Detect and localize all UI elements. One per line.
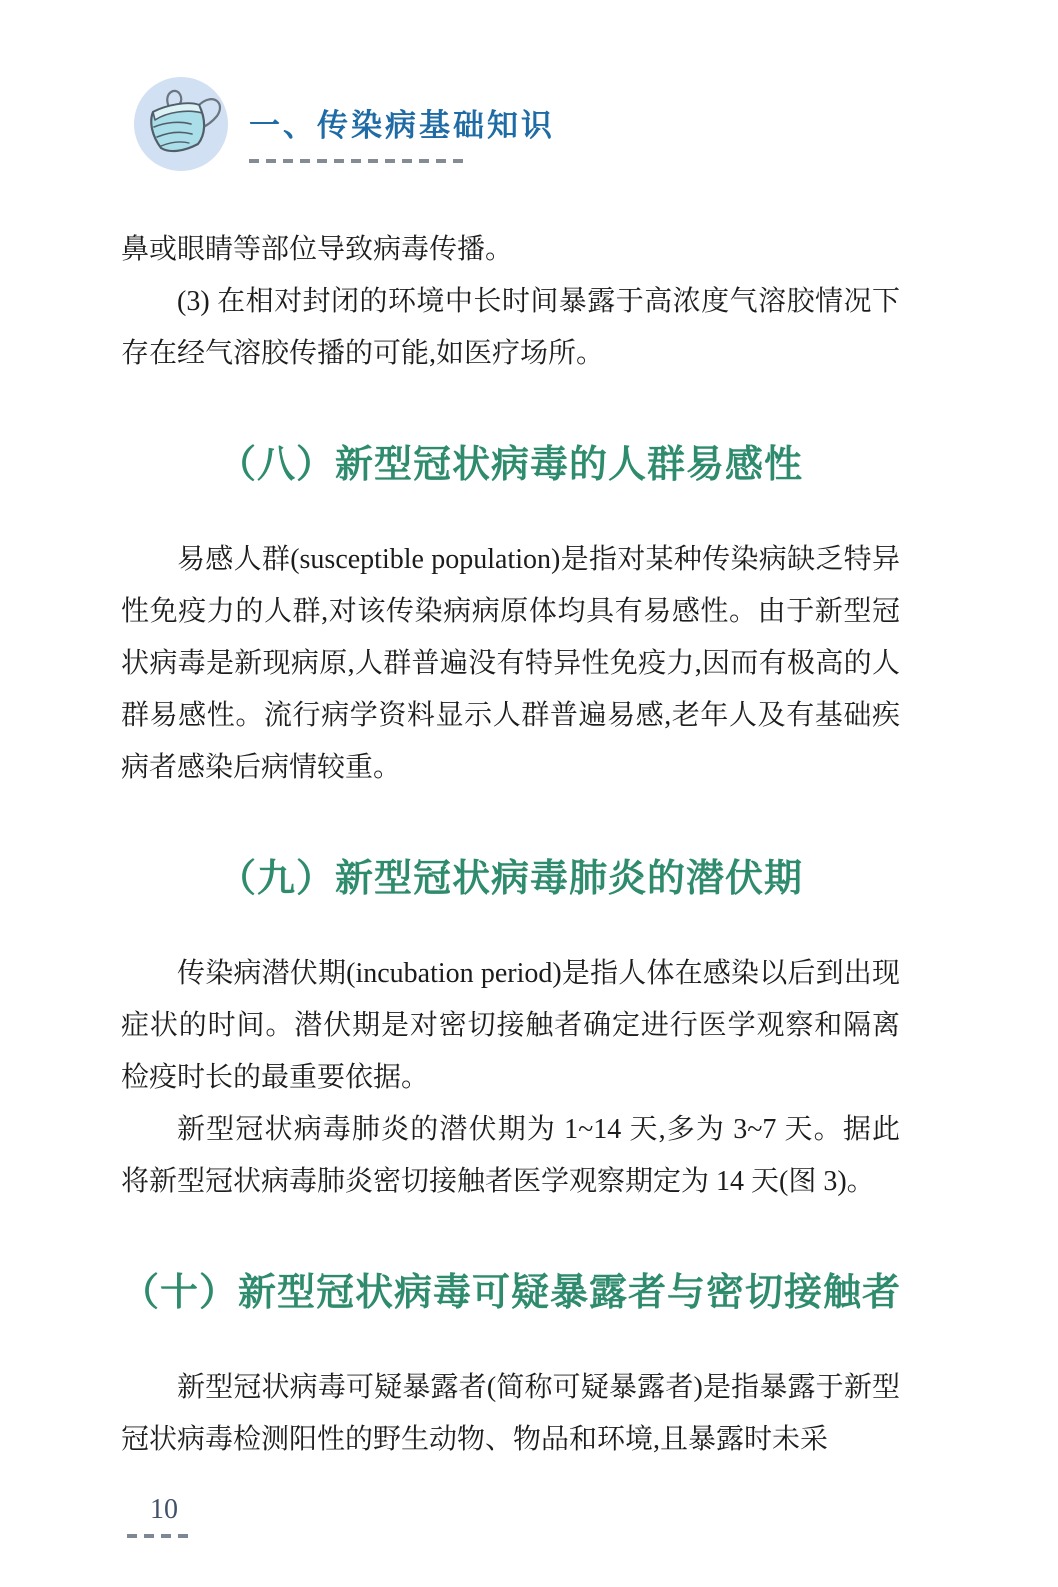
page-footer: 10: [127, 1494, 1058, 1538]
chapter-header-text: 一、传染病基础知识: [249, 76, 555, 163]
chapter-title: 一、传染病基础知识: [249, 100, 555, 145]
chapter-header: 一、传染病基础知识: [0, 0, 1058, 172]
body-paragraph: 新型冠状病毒肺炎的潜伏期为 1~14 天,多为 3~7 天。据此将新型冠状病毒肺…: [121, 1104, 900, 1208]
book-page: 一、传染病基础知识 鼻或眼睛等部位导致病毒传播。 (3) 在相对封闭的环境中长时…: [0, 0, 1058, 1587]
section-heading-10: （十）新型冠状病毒可疑暴露者与密切接触者: [121, 1264, 900, 1322]
body-paragraph: 新型冠状病毒可疑暴露者(简称可疑暴露者)是指暴露于新型冠状病毒检测阳性的野生动物…: [121, 1362, 900, 1466]
body-paragraph: 传染病潜伏期(incubation period)是指人体在感染以后到出现症状的…: [121, 948, 900, 1104]
section-heading-9: （九）新型冠状病毒肺炎的潜伏期: [121, 850, 900, 908]
body-paragraph: 鼻或眼睛等部位导致病毒传播。: [121, 224, 900, 276]
footer-dashed-divider: [127, 1534, 193, 1538]
section-heading-8: （八）新型冠状病毒的人群易感性: [121, 436, 900, 494]
header-dashed-divider: [249, 159, 467, 163]
body-paragraph: 易感人群(susceptible population)是指对某种传染病缺乏特异…: [121, 534, 900, 794]
face-mask-icon: [133, 76, 229, 172]
page-number: 10: [127, 1494, 1058, 1526]
page-content: 鼻或眼睛等部位导致病毒传播。 (3) 在相对封闭的环境中长时间暴露于高浓度气溶胶…: [121, 224, 900, 1466]
body-paragraph: (3) 在相对封闭的环境中长时间暴露于高浓度气溶胶情况下存在经气溶胶传播的可能,…: [121, 276, 900, 380]
